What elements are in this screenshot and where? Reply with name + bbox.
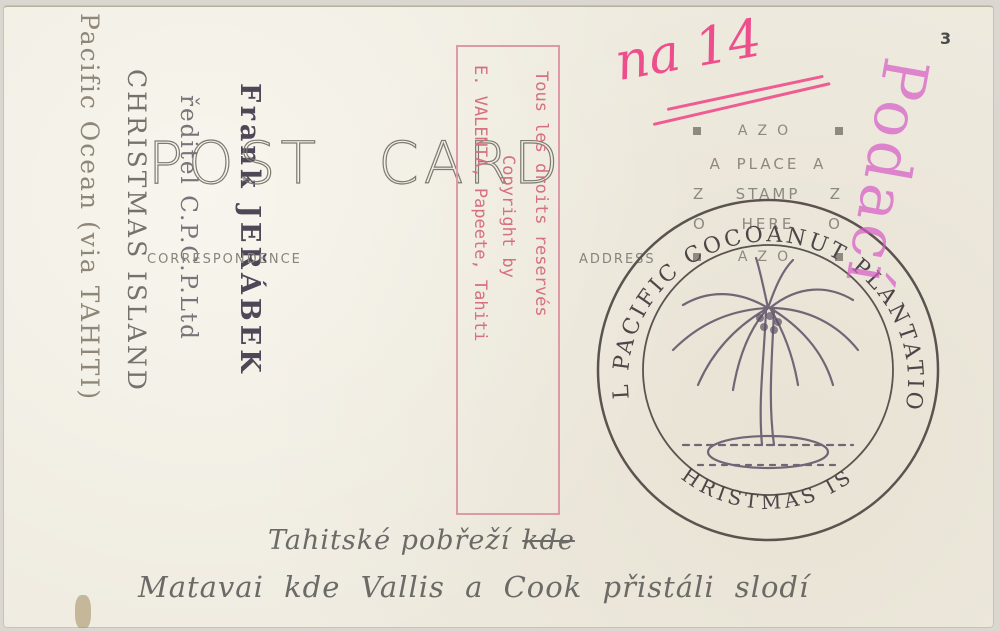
postcard-back: Pacific Ocean (via TAHITI) CHRISTMAS ISL… <box>3 5 994 628</box>
handwriting-struck-word: kde <box>522 525 575 556</box>
sender-name: Frank JEŘÁBEK <box>234 83 265 377</box>
sender-region: Pacific Ocean (via TAHITI) <box>75 13 104 401</box>
corner-mark: 3 <box>940 29 951 48</box>
handwriting-line-1-text: Tahitské pobřeží <box>268 525 510 556</box>
palm-tree-icon <box>673 258 858 468</box>
annotation-underline <box>653 82 831 126</box>
annotation-na14: na 14 <box>611 8 766 93</box>
square-icon <box>693 127 701 135</box>
stamp-row-place: A PLACE A <box>693 155 843 173</box>
stamp-top-text: AZO <box>738 123 798 139</box>
coconut-cluster <box>756 312 782 334</box>
stamp-row-top: AZO <box>693 123 843 139</box>
handwriting-line-1: Tahitské pobřežíkde <box>268 525 575 556</box>
thumb-smudge <box>75 595 91 628</box>
copyright-line-3: E. VALENTA, Papeete, Tahiti <box>470 65 490 341</box>
correspondence-label: CORRESPONDENCE <box>147 252 302 267</box>
handwriting-line-2: Matavai kde Vallis a Cook přistáli slodí <box>138 570 809 604</box>
square-icon <box>835 127 843 135</box>
copyright-line-2: Copyright by <box>498 155 518 278</box>
sender-location: CHRISTMAS ISLAND <box>122 69 151 393</box>
copyright-line-1: Tous les droits reservés <box>531 71 551 317</box>
stamp-place-text: A PLACE A <box>710 155 827 173</box>
